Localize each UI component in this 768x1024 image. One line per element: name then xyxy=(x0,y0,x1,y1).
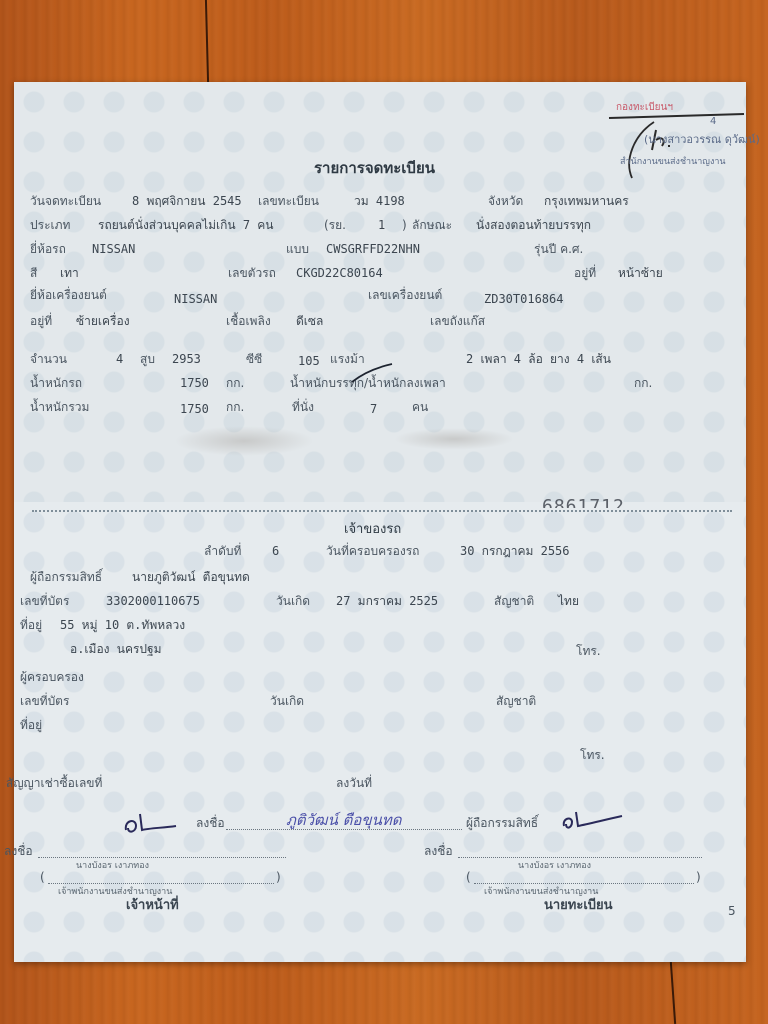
possessor-birth-label: วันเกิด xyxy=(270,694,304,708)
engine-location-label: อยู่ที่ xyxy=(30,314,52,328)
vehicle-weight-unit: กก. xyxy=(226,376,244,390)
possessor-label: ผู้ครอบครอง xyxy=(20,670,84,684)
owner-nationality-value: ไทย xyxy=(558,594,579,608)
body-label: ลักษณะ xyxy=(412,218,452,232)
officer-left-paren-open: ( xyxy=(40,870,45,884)
fuel-value: ดีเซล xyxy=(296,314,323,328)
stamp-officer-name: (นางสาวอวรรณ ดุวัฒน์) xyxy=(644,130,760,148)
possessor-address-label: ที่อยู่ xyxy=(20,718,42,732)
officer-left-paren-close: ) xyxy=(276,870,281,884)
stamp-office: สำนักงานขนส่งชำนาญงาน xyxy=(620,154,726,168)
officer-left-name: นางบังอร เงาภทอง xyxy=(76,858,149,872)
owner-initial-signature-icon xyxy=(122,810,178,836)
owner-address-line1: 55 หมู่ 10 ต.ทัพหลวง xyxy=(60,618,185,632)
owner-birth-label: วันเกิด xyxy=(276,594,310,608)
owner-id-label: เลขที่บัตร xyxy=(20,594,69,608)
perforation-line xyxy=(32,510,732,512)
pen-mark-icon xyxy=(350,362,394,384)
owner-handwritten-name: ภูติวัฒน์ ตือขุนทด xyxy=(286,808,402,832)
officer-right-paren-close: ) xyxy=(696,870,701,884)
model-year-label: รุ่นปี ค.ศ. xyxy=(534,242,583,256)
vehicle-weight-value: 1750 xyxy=(180,376,209,390)
officer-left-sign-label: ลงชื่อ xyxy=(4,844,33,858)
chassis-value: CKGD22C80164 xyxy=(296,266,383,280)
gas-tank-label: เลขถังแก๊ส xyxy=(430,314,485,328)
registration-date-label: วันจดทะเบียน xyxy=(30,194,101,208)
registration-title: รายการจดทะเบียน xyxy=(314,156,435,180)
owner-label: ผู้ถือกรรมสิทธิ์ xyxy=(30,570,102,584)
owner-address-label: ที่อยู่ xyxy=(20,618,42,632)
engine-brand-label: ยี่ห้อเครื่องยนต์ xyxy=(30,288,107,302)
owner-address-line2: อ.เมือง นครปฐม xyxy=(70,642,162,656)
type-code-close: ) xyxy=(402,218,407,232)
seats-value: 7 xyxy=(370,402,377,416)
plate-label: เลขทะเบียน xyxy=(258,194,319,208)
type-code-value: 1 xyxy=(378,218,385,232)
fuel-label: เชื้อเพลิง xyxy=(226,314,271,328)
type-code-label: (รย. xyxy=(324,218,346,232)
owner-birth-value: 27 มกราคม 2525 xyxy=(336,594,438,608)
owner-signature-icon xyxy=(560,808,624,832)
model-label: แบบ xyxy=(286,242,309,256)
cylinders-unit: สูบ xyxy=(140,352,155,366)
brand-label: ยี่ห้อรถ xyxy=(30,242,66,256)
chassis-location-value: หน้าซ้าย xyxy=(618,266,663,280)
seats-label: ที่นั่ง xyxy=(292,400,314,414)
gross-weight-value: 1750 xyxy=(180,402,209,416)
registration-document: กองทะเบียนฯ 4 (นางสาวอวรรณ ดุวัฒน์) สำนั… xyxy=(14,82,746,962)
gross-weight-unit: กก. xyxy=(226,400,244,414)
engine-number-value: ZD30T016864 xyxy=(484,292,563,306)
cc-unit: ซีซี xyxy=(246,352,262,366)
model-value: CWSGRFFD22NHN xyxy=(326,242,420,256)
owner-role-label: ผู้ถือกรรมสิทธิ์ xyxy=(466,816,538,830)
officer-right-sign-label: ลงชื่อ xyxy=(424,844,453,858)
chassis-location-label: อยู่ที่ xyxy=(574,266,596,280)
owner-nationality-label: สัญชาติ xyxy=(494,594,534,608)
hp-value: 105 xyxy=(298,354,320,368)
paper-stain xyxy=(394,428,514,450)
officer-left-role: เจ้าหน้าที่ xyxy=(126,894,179,915)
stamp-number: 4 xyxy=(710,116,716,127)
officer-right-name: นางบังอร เงาภทอง xyxy=(518,858,591,872)
province-value: กรุงเทพมหานคร xyxy=(544,194,629,208)
paper-stain xyxy=(174,426,314,456)
officer-right-role: นายทะเบียน xyxy=(544,894,613,915)
engine-number-label: เลขเครื่องยนต์ xyxy=(368,288,442,302)
type-label: ประเภท xyxy=(30,218,70,232)
brand-value: NISSAN xyxy=(92,242,135,256)
chassis-label: เลขตัวรถ xyxy=(228,266,276,280)
owner-section-title: เจ้าของรถ xyxy=(344,518,401,539)
owner-id-value: 3302000110675 xyxy=(106,594,200,608)
sequence-value: 6 xyxy=(272,544,279,558)
page-number: 5 xyxy=(728,904,736,918)
serial-number: 6861712 xyxy=(542,496,625,508)
officer-right-paren-open: ( xyxy=(466,870,471,884)
cc-value: 2953 xyxy=(172,352,201,366)
registration-date-value: 8 พฤศจิกายน 2545 xyxy=(132,194,242,208)
engine-location-value: ซ้ายเครื่อง xyxy=(76,314,130,328)
possessor-phone-label: โทร. xyxy=(580,748,605,762)
possession-date-label: วันที่ครอบครองรถ xyxy=(326,544,419,558)
possessor-nationality-label: สัญชาติ xyxy=(496,694,536,708)
gross-weight-label: น้ำหนักรวม xyxy=(30,400,89,414)
hire-purchase-contract-label: สัญญาเช่าซื้อเลขที่ xyxy=(6,776,102,790)
possession-date-value: 30 กรกฎาคม 2556 xyxy=(460,544,570,558)
plate-value: วม 4198 xyxy=(354,194,405,208)
seats-unit: คน xyxy=(412,400,428,414)
possessor-id-label: เลขที่บัตร xyxy=(20,694,69,708)
type-value: รถยนต์นั่งส่วนบุคคลไม่เกิน 7 คน xyxy=(98,218,274,232)
owner-name-value: นายภูติวัฒน์ ตือขุนทด xyxy=(132,570,250,584)
vehicle-weight-label: น้ำหนักรถ xyxy=(30,376,82,390)
cylinders-label: จำนวน xyxy=(30,352,67,366)
province-label: จังหวัด xyxy=(488,194,523,208)
cylinders-value: 4 xyxy=(116,352,123,366)
color-label: สี xyxy=(30,266,37,280)
color-value: เทา xyxy=(60,266,79,280)
body-value: นั่งสองตอนท้ายบรรทุก xyxy=(476,218,591,232)
axles-value: 2 เพลา 4 ล้อ ยาง 4 เส้น xyxy=(466,352,611,366)
engine-brand-value: NISSAN xyxy=(174,292,217,306)
load-weight-unit: กก. xyxy=(634,376,652,390)
hire-purchase-date-label: ลงวันที่ xyxy=(336,776,372,790)
owner-sign-label: ลงชื่อ xyxy=(196,816,225,830)
owner-phone-label: โทร. xyxy=(576,644,601,658)
sequence-label: ลำดับที่ xyxy=(204,544,241,558)
